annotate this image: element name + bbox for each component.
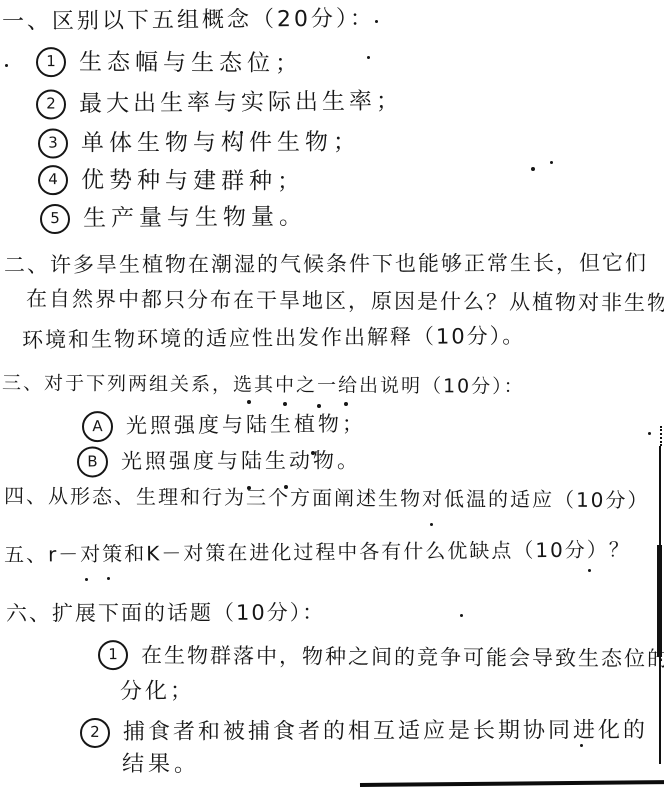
q1-item-4: 4 优势种与建群种； xyxy=(38,165,305,197)
emphasis-dot xyxy=(284,485,288,489)
bottom-edge-artifact xyxy=(360,780,664,787)
scan-speck xyxy=(85,578,88,581)
circled-number-4-icon: 4 xyxy=(38,165,68,195)
circled-number-5-icon: 5 xyxy=(40,204,70,234)
q1-item-4-text: 优势种与建群种； xyxy=(81,167,305,195)
q3-item-b-text: 光照强度与陆生动物。 xyxy=(121,449,361,474)
q1-item-1-text: 生态幅与生态位； xyxy=(79,49,303,77)
scan-speck xyxy=(430,523,433,526)
circled-number-1-icon: 1 xyxy=(36,47,66,77)
page-edge-artifact xyxy=(657,545,662,657)
circled-letter-b-icon: B xyxy=(77,446,108,477)
circled-number-1-icon: 1 xyxy=(98,640,128,670)
emphasis-dot xyxy=(311,451,315,455)
emphasis-dot xyxy=(247,400,251,404)
circled-number-3-icon: 3 xyxy=(38,128,68,158)
question-1-header: 一、区别以下五组概念（20分）： xyxy=(2,6,375,35)
scan-speck xyxy=(367,56,370,59)
question-2-line-2: 在自然界中都只分布在干旱地区，原因是什么？从植物对非生物 xyxy=(26,287,664,316)
emphasis-dot xyxy=(317,404,321,408)
q6-item-1-line-2: 分化； xyxy=(120,679,195,705)
scan-speck xyxy=(240,131,243,134)
q6-item-1-line-1: 1 在生物群落中，物种之间的竞争可能会导致生态位的 xyxy=(98,640,664,674)
q3-item-b: B 光照强度与陆生动物。 xyxy=(77,446,361,478)
q6-item-2-line-2: 结果。 xyxy=(122,752,200,778)
question-3-header: 三、对于下列两组关系，选其中之一给出说明（10分）： xyxy=(2,373,525,398)
page-edge-artifact xyxy=(660,426,662,446)
scan-speck xyxy=(531,167,535,171)
q1-item-5: 5 生产量与生物量。 xyxy=(40,202,307,234)
question-4-line: 四、从形态、生理和行为三个方面阐述生物对低温的适应（10分） xyxy=(4,485,650,513)
question-6-header: 六、扩展下面的话题（10分）： xyxy=(6,600,325,625)
q1-item-2-text: 最大出生率与实际出生率； xyxy=(79,88,403,117)
q6-item-2-line-1: 2 捕食者和被捕食者的相互适应是长期协同进化的 xyxy=(80,716,648,748)
q1-item-5-text: 生产量与生物量。 xyxy=(83,204,307,232)
circled-number-2-icon: 2 xyxy=(80,718,110,748)
q1-item-3-text: 单体生物与构件生物； xyxy=(81,129,361,156)
q1-item-3: 3 单体生物与构件生物； xyxy=(38,127,361,158)
q3-item-a: A 光照强度与陆生植物； xyxy=(82,409,366,442)
scan-speck xyxy=(550,161,553,164)
q3-item-a-text: 光照强度与陆生植物； xyxy=(126,412,366,438)
scan-speck xyxy=(5,64,8,67)
q1-item-2: 2 最大出生率与实际出生率； xyxy=(36,86,403,119)
emphasis-dot xyxy=(344,402,348,406)
q6-item-1-text-1: 在生物群落中，物种之间的竞争可能会导致生态位的 xyxy=(141,643,664,671)
scan-speck xyxy=(580,744,583,747)
scan-speck xyxy=(588,569,591,572)
q6-item-2-text-1: 捕食者和被捕食者的相互适应是长期协同进化的 xyxy=(123,718,648,745)
question-2-line-3: 环境和生物环境的适应性出发作出解释（10分）。 xyxy=(22,324,525,353)
scan-speck xyxy=(107,577,110,580)
question-2-line-1: 二、许多旱生植物在潮湿的气候条件下也能够正常生长，但它们 xyxy=(4,251,648,277)
circled-number-2-icon: 2 xyxy=(36,89,66,119)
question-5-line: 五、r－对策和K－对策在进化过程中各有什么优缺点（10分）？ xyxy=(4,538,631,566)
emphasis-dot xyxy=(247,486,251,490)
scan-speck xyxy=(375,20,378,23)
scan-speck xyxy=(460,614,463,617)
q1-item-1: 1 生态幅与生态位； xyxy=(36,47,303,79)
emphasis-dot xyxy=(283,402,287,406)
scan-speck xyxy=(648,432,651,435)
circled-letter-a-icon: A xyxy=(82,411,113,442)
scanned-exam-page: 一、区别以下五组概念（20分）： 1 生态幅与生态位； 2 最大出生率与实际出生… xyxy=(0,0,664,791)
